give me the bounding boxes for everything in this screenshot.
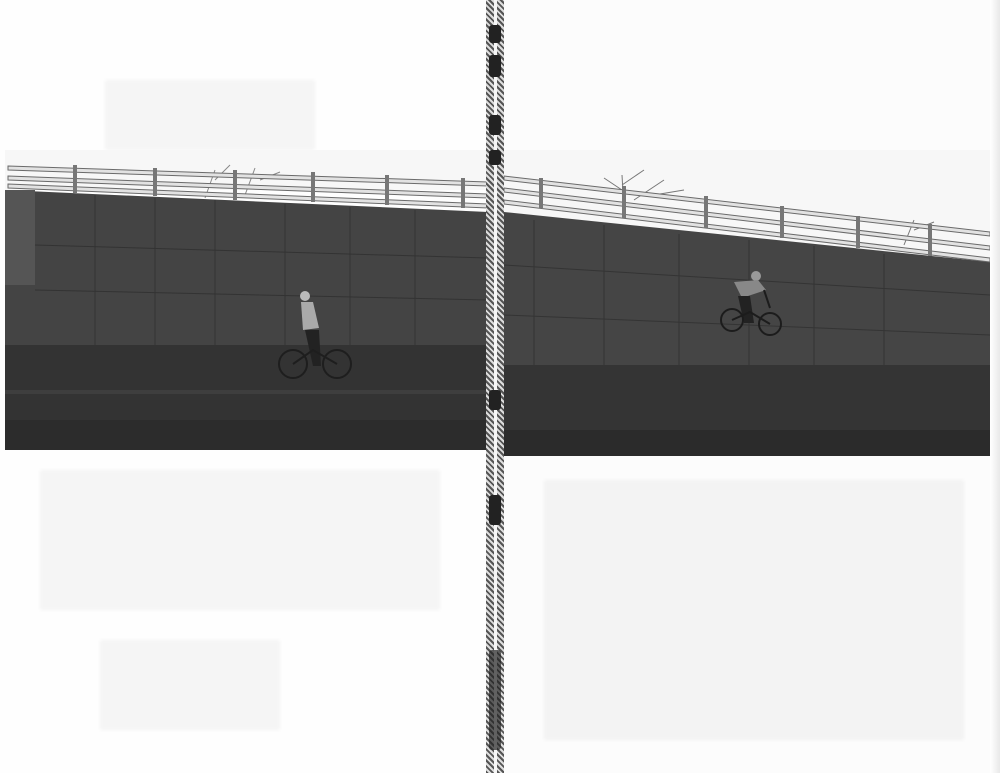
ink-blot bbox=[489, 55, 501, 77]
ink-blot bbox=[489, 25, 501, 43]
cyclist-wheelie-figure bbox=[714, 268, 794, 343]
ink-blot bbox=[489, 150, 501, 165]
ink-blot bbox=[489, 390, 501, 410]
show-through-text-block bbox=[40, 470, 440, 610]
page-edge bbox=[990, 0, 1000, 773]
left-photo bbox=[5, 150, 488, 450]
ink-blot bbox=[489, 650, 501, 750]
cyclist-figure bbox=[275, 288, 355, 383]
book-spine bbox=[486, 0, 504, 773]
show-through-text-block bbox=[544, 480, 964, 740]
show-through-text-block bbox=[105, 80, 315, 150]
show-through-heading bbox=[100, 640, 280, 730]
ink-blot bbox=[489, 495, 501, 525]
right-photo bbox=[504, 150, 990, 456]
ink-blot bbox=[489, 115, 501, 135]
